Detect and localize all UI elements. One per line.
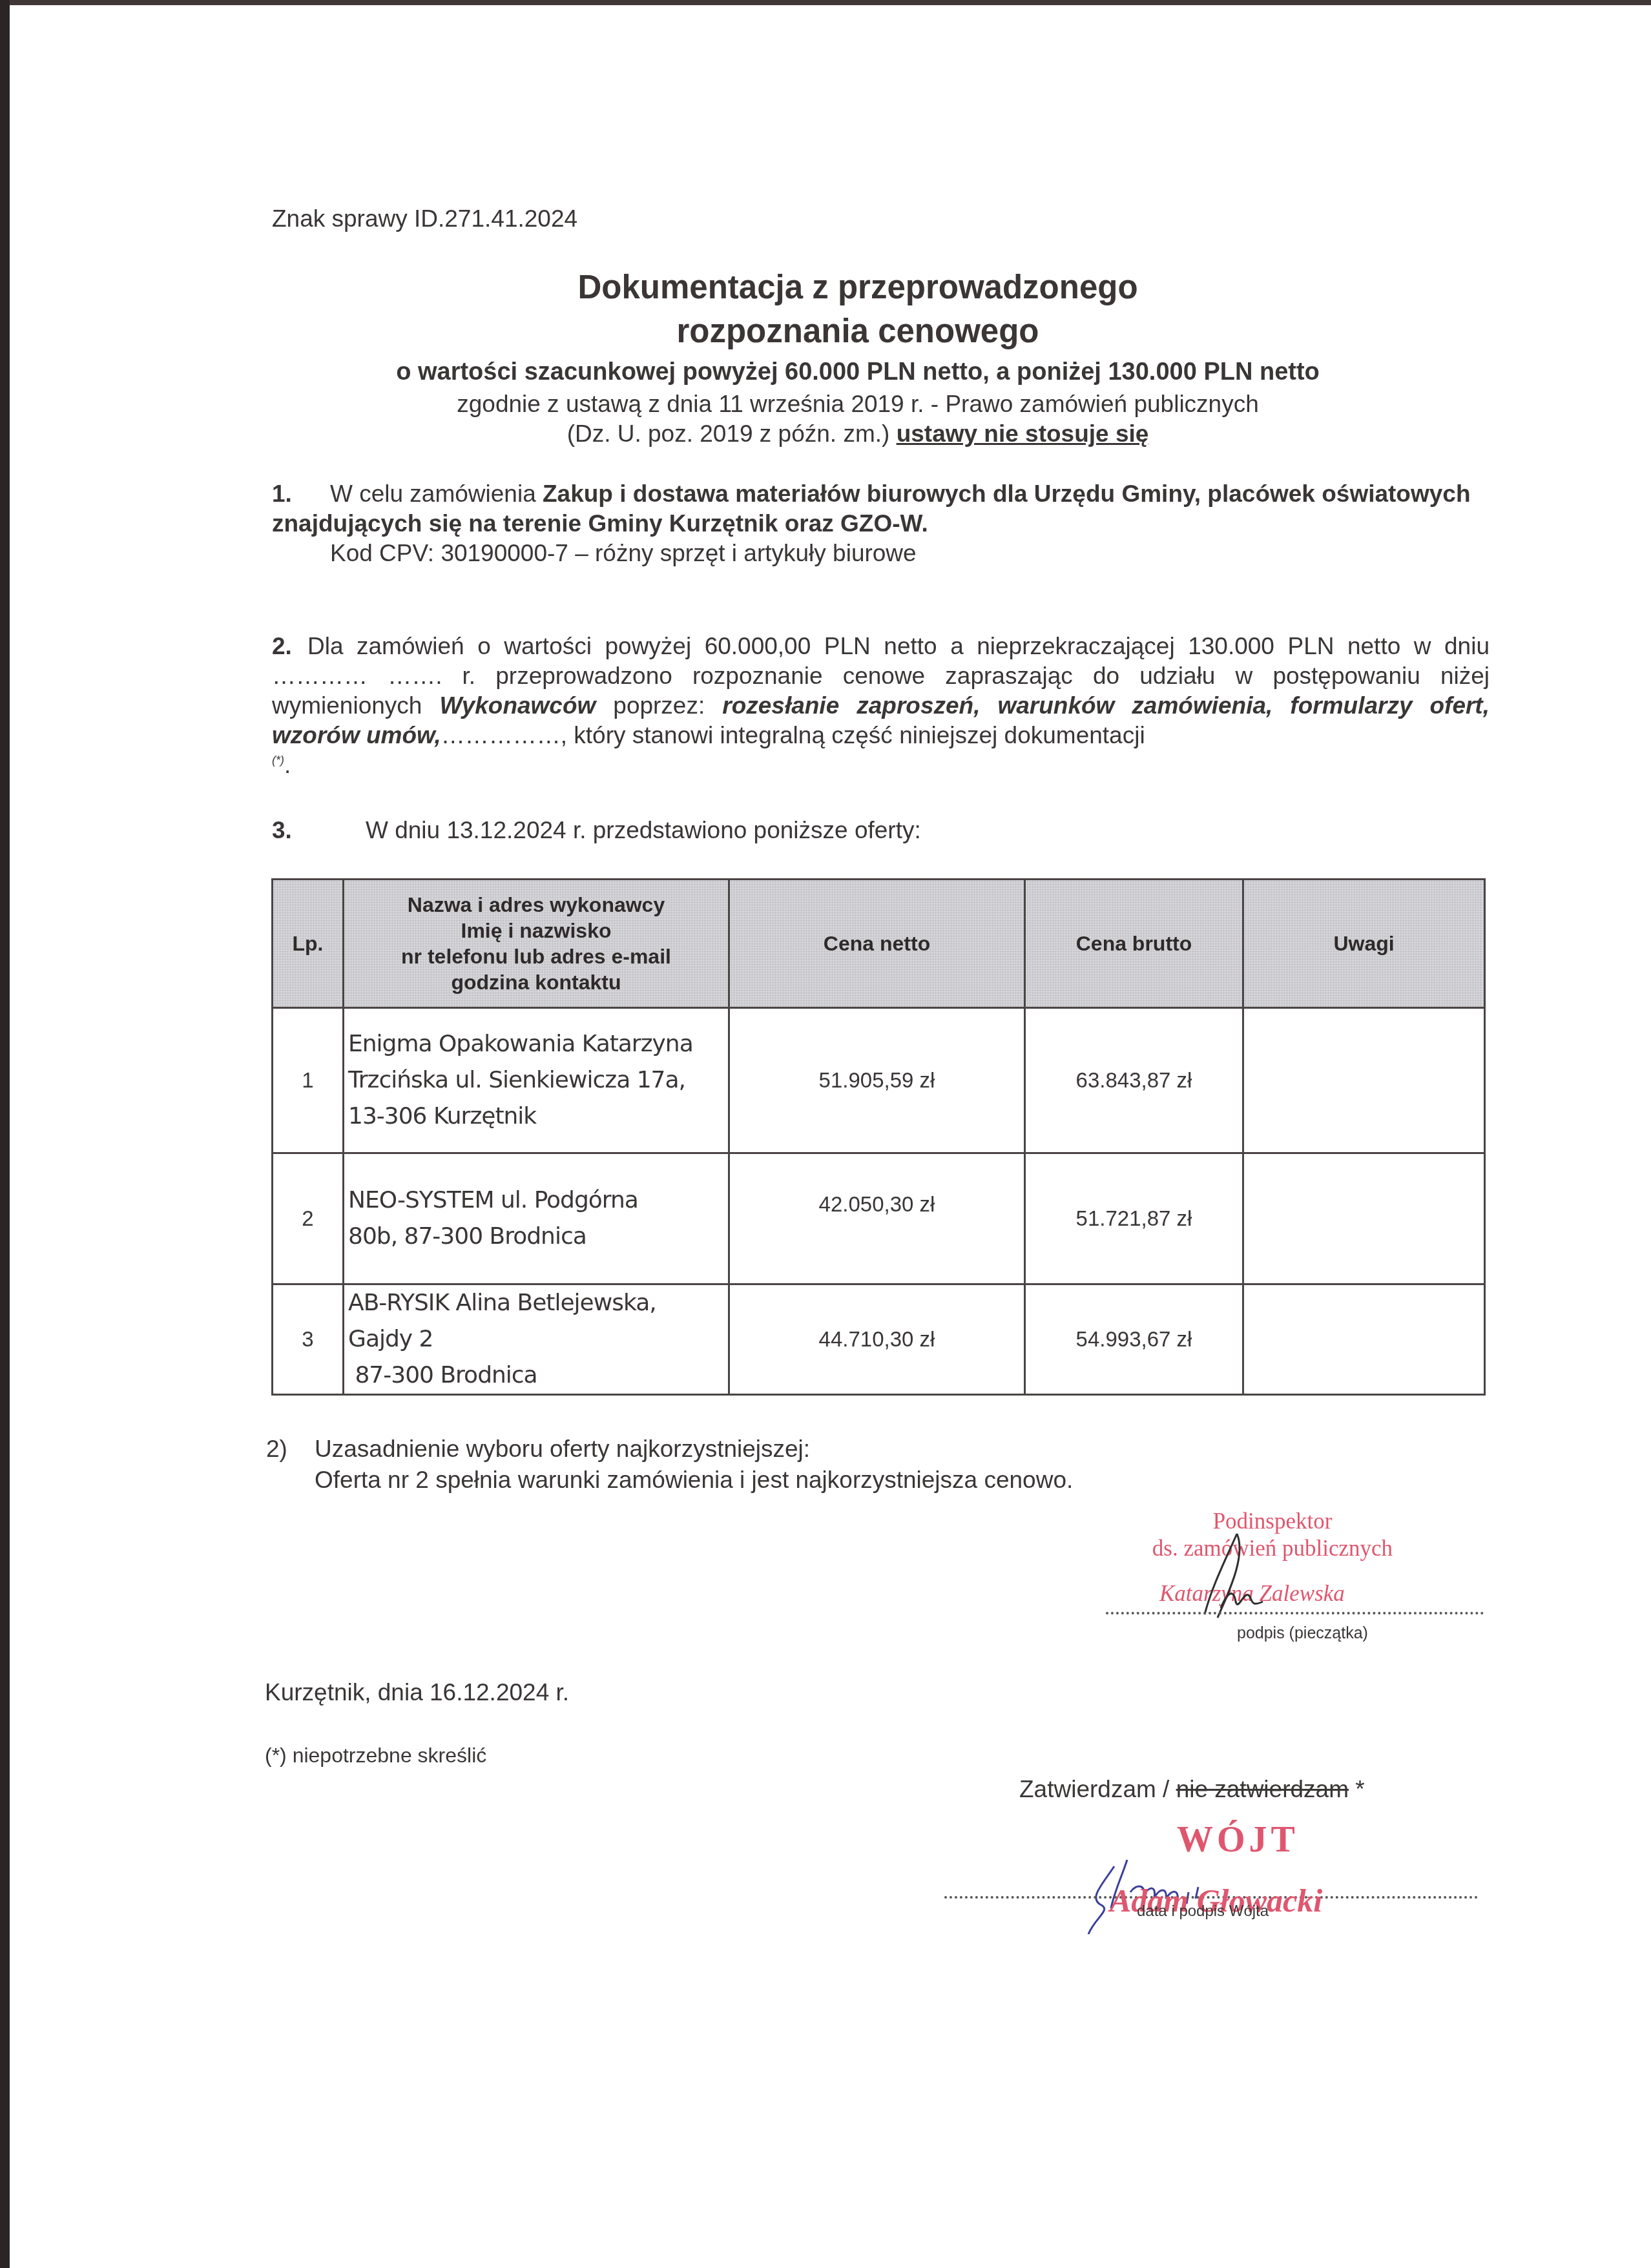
contractor-line: 13-306 Kurzętnik (348, 1098, 723, 1135)
section-1: 1.W celu zamówienia Zakup i dostawa mate… (272, 479, 1490, 568)
document-title-line1: Dokumentacja z przeprowadzonego (32, 268, 1651, 306)
section-3-number: 3. (272, 816, 366, 845)
row-notes (1243, 1153, 1485, 1284)
row-gross-price: 54.993,67 zł (1025, 1284, 1243, 1395)
signature-line (1106, 1612, 1484, 1614)
journal-citation: (Dz. U. poz. 2019 z późn. zm.) (567, 420, 890, 447)
offers-table: Lp. Nazwa i adres wykonawcy Imię i nazwi… (271, 878, 1486, 1396)
header-contractor: Nazwa i adres wykonawcy Imię i nazwisko … (344, 880, 729, 1008)
row-contractor: AB-RYSIK Alina Betlejewska, Gajdy 2 87-3… (344, 1284, 729, 1395)
header-gross-price: Cena brutto (1025, 880, 1243, 1008)
offers-table-header: Lp. Nazwa i adres wykonawcy Imię i nazwi… (273, 880, 1485, 1008)
row-lp: 1 (273, 1008, 344, 1153)
section-2-text-b: poprzez: (596, 692, 722, 719)
section-2-end: . (284, 752, 291, 778)
section-1-intro: W celu zamówienia (330, 480, 543, 507)
document-title-line2: rozpoznania cenowego (32, 312, 1651, 350)
selection-justification: 2)Uzasadnienie wyboru oferty najkorzystn… (266, 1434, 1429, 1496)
mayor-signature-caption: data i podpis Wójta (1137, 1902, 1269, 1921)
header-net-price: Cena netto (729, 880, 1025, 1008)
gross-price-value: 51.721,87 zł (1076, 1206, 1192, 1230)
handwritten-signature-icon (1198, 1531, 1276, 1621)
row-notes (1243, 1284, 1485, 1395)
footnote-mark: (*) (272, 754, 284, 767)
row-gross-price: 63.843,87 zł (1025, 1008, 1243, 1153)
table-row: 3 AB-RYSIK Alina Betlejewska, Gajdy 2 87… (273, 1284, 1485, 1395)
contractors-term: Wykonawców (439, 692, 596, 719)
signature-caption: podpis (pieczątka) (1237, 1624, 1368, 1643)
row-lp: 3 (273, 1284, 344, 1395)
section-3-text: W dniu 13.12.2024 r. przedstawiono poniż… (366, 817, 921, 843)
contractor-line: Enigma Opakowania Katarzyna (348, 1026, 723, 1062)
row-gross-price: 51.721,87 zł (1025, 1153, 1243, 1284)
contractor-line: 87-300 Brodnica (348, 1357, 723, 1394)
contractor-line: Gajdy 2 (348, 1321, 723, 1357)
reject-text-struck: nie zatwierdzam (1176, 1776, 1349, 1802)
row-notes (1243, 1008, 1485, 1153)
approval-asterisk: * (1349, 1776, 1365, 1802)
justification-heading: Uzasadnienie wyboru oferty najkorzystnie… (315, 1436, 810, 1462)
net-price-value: 44.710,30 zł (819, 1327, 935, 1351)
row-contractor: NEO-SYSTEM ul. Podgórna 80b, 87-300 Brod… (344, 1153, 729, 1284)
law-reference: zgodnie z ustawą z dnia 11 września 2019… (32, 391, 1651, 418)
footnote: (*) niepotrzebne skreślić (265, 1744, 486, 1768)
header-notes: Uwagi (1243, 880, 1485, 1008)
net-price-value: 42.050,30 zł (819, 1192, 935, 1216)
header-contractor-line2: Imię i nazwisko (349, 918, 723, 943)
header-contractor-line1: Nazwa i adres wykonawcy (349, 892, 723, 918)
row-contractor: Enigma Opakowania Katarzyna Trzcińska ul… (344, 1008, 729, 1153)
contractor-line: Trzcińska ul. Sienkiewicza 17a, (348, 1062, 723, 1098)
table-row: 1 Enigma Opakowania Katarzyna Trzcińska … (273, 1008, 1485, 1153)
law-not-applied-note: ustawy nie stosuje się (897, 420, 1149, 447)
justification-text: Oferta nr 2 spełnia warunki zamówienia i… (266, 1465, 1429, 1496)
gross-price-value: 54.993,67 zł (1076, 1327, 1192, 1351)
approval-line: Zatwierdzam / nie zatwierdzam * (1019, 1776, 1365, 1803)
header-contractor-line4: godzina kontaktu (349, 969, 723, 995)
section-1-number: 1. (272, 479, 330, 509)
row-net-price: 44.710,30 zł (729, 1284, 1025, 1395)
contractor-line: 80b, 87-300 Brodnica (348, 1219, 723, 1255)
section-2-text-c: ……………, który stanowi integralną część ni… (441, 722, 1145, 748)
row-lp: 2 (273, 1153, 344, 1284)
contractor-line: AB-RYSIK Alina Betlejewska, (348, 1285, 723, 1321)
header-lp: Lp. (273, 880, 344, 1008)
cpv-code: Kod CPV: 30190000-7 – różny sprzęt i art… (272, 539, 1490, 568)
justification-number: 2) (266, 1434, 315, 1465)
journal-reference: (Dz. U. poz. 2019 z późn. zm.) ustawy ni… (32, 420, 1651, 448)
gross-price-value: 63.843,87 zł (1076, 1068, 1192, 1092)
contractor-line: NEO-SYSTEM ul. Podgórna (348, 1182, 723, 1219)
section-2: 2.Dla zamówień o wartości powyżej 60.000… (272, 632, 1490, 780)
section-3: 3.W dniu 13.12.2024 r. przedstawiono pon… (272, 816, 1490, 845)
table-row: 2 NEO-SYSTEM ul. Podgórna 80b, 87-300 Br… (273, 1153, 1485, 1284)
value-range-subtitle: o wartości szacunkowej powyżej 60.000 PL… (32, 358, 1651, 386)
scan-border-left (0, 0, 10, 2268)
scan-border-top (0, 0, 1651, 5)
case-number: Znak sprawy ID.271.41.2024 (272, 205, 577, 232)
place-and-date: Kurzętnik, dnia 16.12.2024 r. (265, 1679, 569, 1706)
row-net-price: 51.905,59 zł (729, 1008, 1025, 1153)
row-net-price: 42.050,30 zł (729, 1153, 1025, 1284)
approve-text: Zatwierdzam / (1019, 1776, 1176, 1802)
section-2-number: 2. (272, 632, 307, 661)
header-contractor-line3: nr telefonu lub adres e-mail (349, 943, 723, 969)
net-price-value: 51.905,59 zł (819, 1068, 935, 1092)
